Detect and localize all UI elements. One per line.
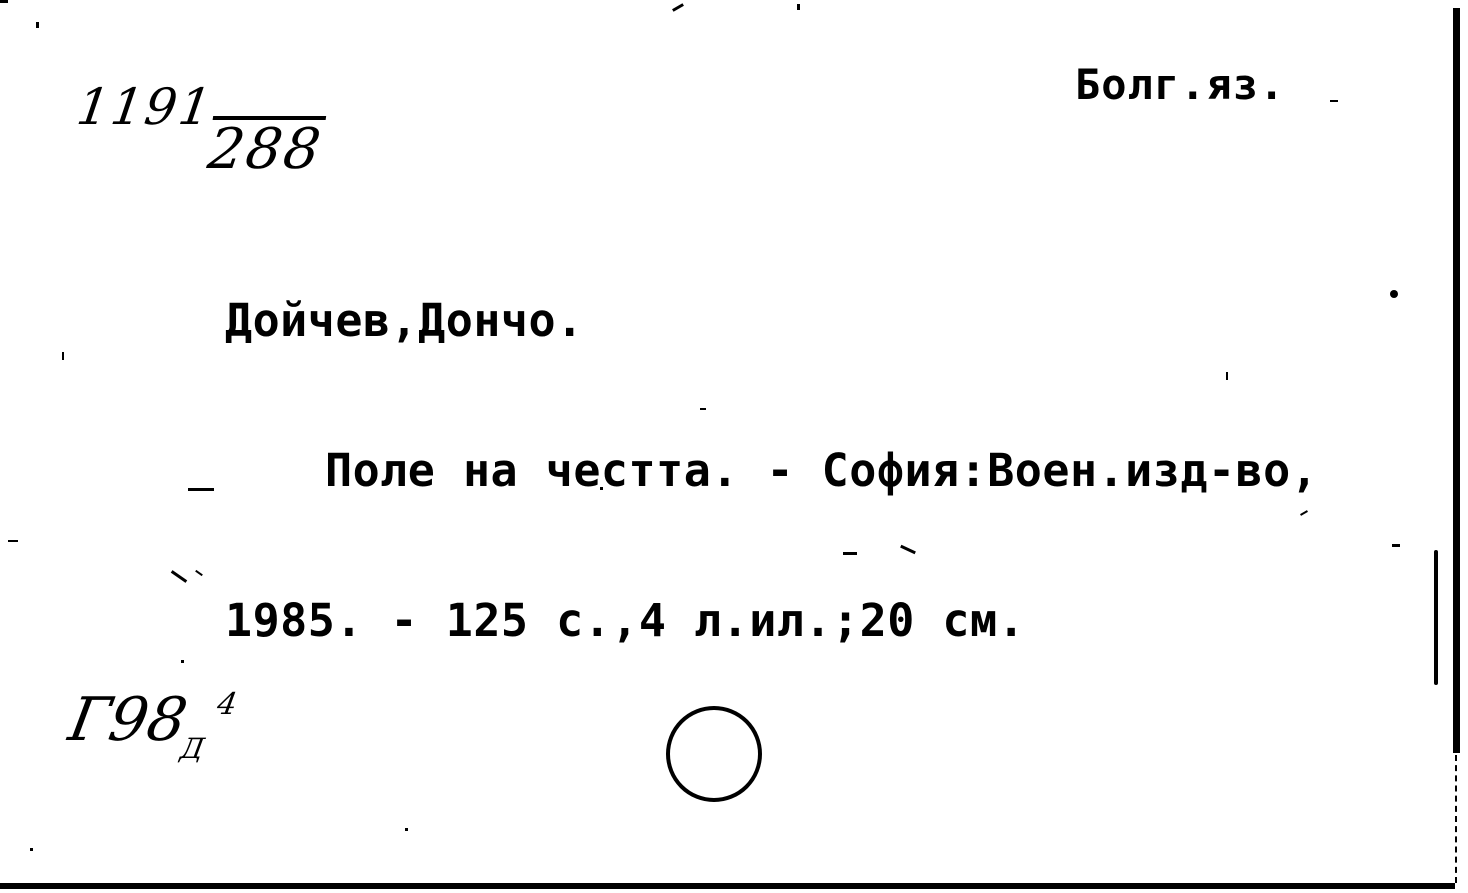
scan-speck (8, 540, 18, 542)
scan-speck (1392, 544, 1400, 547)
card-right-edge-lower (1455, 755, 1458, 883)
scan-speck (195, 570, 203, 576)
classification-code-subscript: Д (178, 732, 207, 765)
scan-speck (181, 660, 184, 663)
scan-speck (0, 0, 8, 3)
shelf-mark: 1191288 (74, 72, 333, 134)
scan-speck (405, 828, 408, 831)
scan-speck (171, 570, 187, 583)
scan-speck (1330, 100, 1338, 102)
shelf-mark-number: 288 (205, 116, 327, 178)
scan-speck (30, 848, 33, 851)
scan-speck (36, 22, 39, 28)
card-right-edge (1453, 8, 1460, 753)
record-title-line: Поле на честта. - София:Воен.изд-во, (225, 446, 1318, 496)
classification-code: Г98Д4 (65, 690, 240, 750)
scan-speck (672, 3, 684, 12)
card-inner-margin-mark (1434, 550, 1438, 685)
record-author: Дойчев,Дончо. (225, 296, 1318, 346)
catalog-card: 1191288 Болг.яз. Дойчев,Дончо. Поле на ч… (0, 0, 1468, 893)
scan-speck (62, 352, 64, 360)
scan-speck (600, 487, 603, 490)
scan-speck (843, 552, 857, 555)
scan-speck (700, 408, 706, 410)
shelf-mark-prefix: 1191 (74, 82, 216, 132)
record-publication-line: 1985. - 125 с.,4 л.ил.;20 см. (225, 596, 1318, 646)
bibliographic-record: Дойчев,Дончо. Поле на честта. - София:Во… (225, 196, 1318, 746)
card-bottom-edge (0, 883, 1455, 889)
scan-speck (797, 4, 800, 10)
scan-speck (1390, 290, 1398, 298)
scan-speck (188, 488, 214, 491)
circle-stamp-icon (666, 706, 762, 802)
scan-speck (1226, 372, 1228, 380)
language-label: Болг.яз. (1075, 60, 1285, 109)
classification-code-main: Г98 (64, 685, 192, 755)
